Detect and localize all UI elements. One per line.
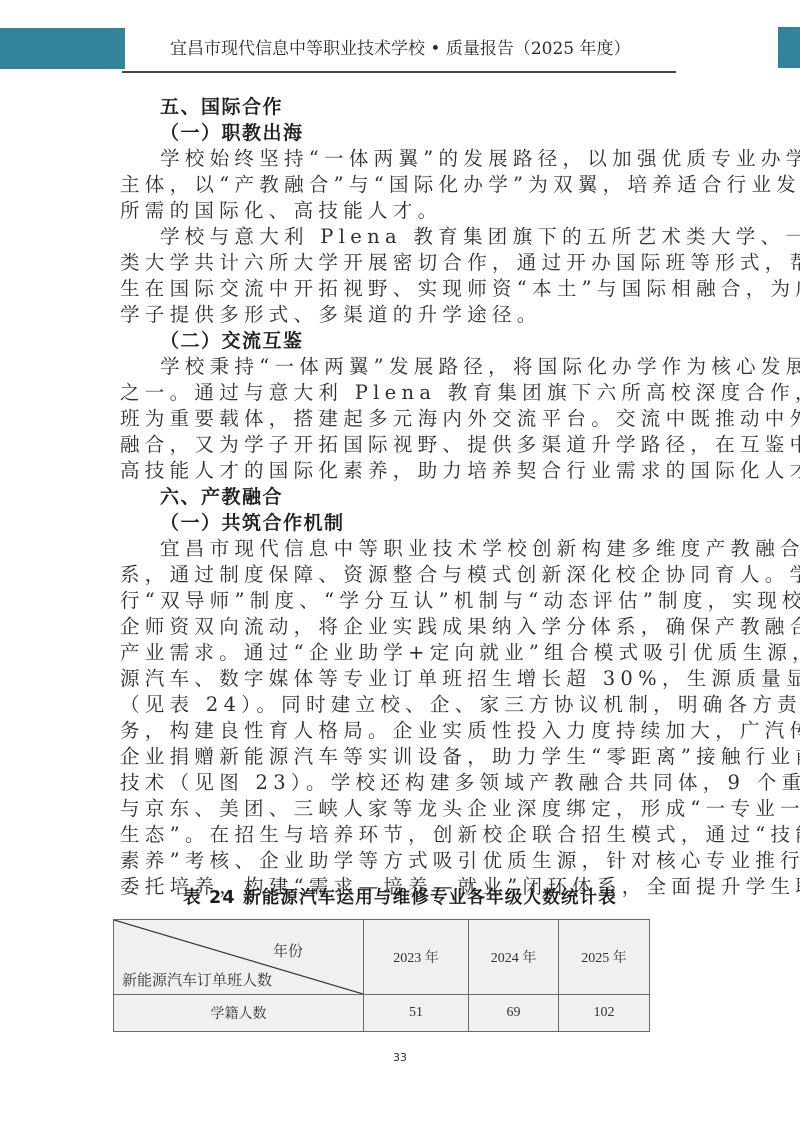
paragraph-line: 融合，又为学子开拓国际视野、提供多渠道升学路径，在互鉴中夯实 <box>120 432 680 458</box>
table-corner-cell: 年份 新能源汽车订单班人数 <box>114 920 364 995</box>
header-divider <box>122 71 676 73</box>
enrollment-stats-table: 年份 新能源汽车订单班人数 2023 年 2024 年 2025 年 学籍人数 … <box>113 919 650 1032</box>
header-title: 宜昌市现代信息中等职业技术学校 • 质量报告（2025 年度） <box>170 38 631 60</box>
paragraph-line: 企师资双向流动，将企业实践成果纳入学分体系，确保产教融合贴合 <box>120 614 680 640</box>
paragraph-line: 宜昌市现代信息中等职业技术学校创新构建多维度产教融合体 <box>160 536 680 562</box>
column-header: 2023 年 <box>364 920 469 995</box>
corner-label-year: 年份 <box>273 940 303 961</box>
table-header-row: 年份 新能源汽车订单班人数 2023 年 2024 年 2025 年 <box>114 920 650 995</box>
paragraph-line: 生在国际交流中开拓视野、实现师资“本土”与国际相融合，为广大 <box>120 276 680 302</box>
paragraph-line: 企业捐赠新能源汽车等实训设备，助力学生“零距离”接触行业前沿 <box>120 744 680 770</box>
subsection-heading-cooperation-mechanism: （一）共筑合作机制 <box>160 510 720 536</box>
paragraph-line: 务，构建良性育人格局。企业实质性投入力度持续加大，广汽传祺等 <box>120 718 680 744</box>
subsection-heading-vocational-overseas: （一）职教出海 <box>160 120 720 146</box>
table-cell: 51 <box>364 995 469 1032</box>
header-accent-block-right <box>778 27 800 68</box>
paragraph-line: 源汽车、数字媒体等专业订单班招生增长超 30%，生源质量显著提升 <box>120 666 680 692</box>
page-number: 33 <box>0 1051 800 1064</box>
table-caption: 表 24 新能源汽车运用与维修专业各年级人数统计表 <box>0 885 800 911</box>
corner-label-order-class: 新能源汽车订单班人数 <box>122 969 272 990</box>
paragraph-line: 学校始终坚持“一体两翼”的发展路径，以加强优质专业办学为 <box>160 146 680 172</box>
header-accent-block-left <box>0 28 125 69</box>
paragraph-line: （见表 24）。同时建立校、企、家三方协议机制，明确各方责任义 <box>120 692 680 718</box>
paragraph-line: 主体，以“产教融合”与“国际化办学”为双翼，培养适合行业发展 <box>120 172 680 198</box>
section-heading-international-cooperation: 五、国际合作 <box>160 94 720 120</box>
row-label: 学籍人数 <box>114 995 364 1032</box>
paragraph-line: 技术（见图 23）。学校还构建多领域产教融合共同体，9 个重点专业 <box>120 770 680 796</box>
paragraph-line: 高技能人才的国际化素养，助力培养契合行业需求的国际化人才。 <box>120 458 680 484</box>
subsection-heading-exchange: （二）交流互鉴 <box>160 328 720 354</box>
paragraph-line: 所需的国际化、高技能人才。 <box>120 198 680 224</box>
table-row: 学籍人数 51 69 102 <box>114 995 650 1032</box>
paragraph-line: 学校秉持“一体两翼”发展路径，将国际化办学作为核心发展翼 <box>160 354 680 380</box>
column-header: 2025 年 <box>559 920 650 995</box>
table-cell: 102 <box>559 995 650 1032</box>
paragraph-line: 之一。通过与意大利 Plena 教育集团旗下六所高校深度合作，以国际 <box>120 380 680 406</box>
table-cell: 69 <box>469 995 559 1032</box>
column-header: 2024 年 <box>469 920 559 995</box>
paragraph-line: 类大学共计六所大学开展密切合作，通过开办国际班等形式，帮助学 <box>120 250 680 276</box>
paragraph-line: 与京东、美团、三峡人家等龙头企业深度绑定，形成“一专业一产业 <box>120 796 680 822</box>
paragraph-line: 产业需求。通过“企业助学+定向就业”组合模式吸引优质生源，新能 <box>120 640 680 666</box>
section-heading-industry-education: 六、产教融合 <box>160 484 720 510</box>
paragraph-line: 学子提供多形式、多渠道的升学途径。 <box>120 302 680 328</box>
paragraph-line: 行“双导师”制度、“学分互认”机制与“动态评估”制度，实现校 <box>120 588 680 614</box>
paragraph-line: 生态”。在招生与培养环节，创新校企联合招生模式，通过“技能+ <box>120 822 680 848</box>
paragraph-line: 学校与意大利 Plena 教育集团旗下的五所艺术类大学、一所综合 <box>160 224 680 250</box>
paragraph-line: 素养”考核、企业助学等方式吸引优质生源，针对核心专业推行企业 <box>120 848 680 874</box>
paragraph-line: 班为重要载体，搭建起多元海内外交流平台。交流中既推动中外师资 <box>120 406 680 432</box>
paragraph-line: 系，通过制度保障、资源整合与模式创新深化校企协同育人。学校推 <box>120 562 680 588</box>
